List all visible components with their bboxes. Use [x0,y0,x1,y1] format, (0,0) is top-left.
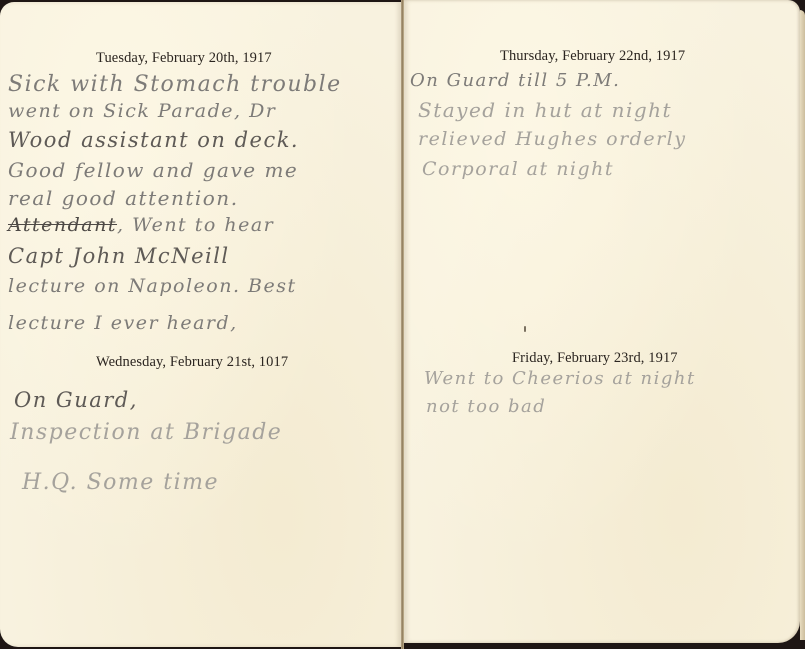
struck-out-word: Attendant [8,214,117,236]
handwritten-line: real good attention. [8,186,239,210]
handwritten-line: Stayed in hut at night [418,98,672,122]
handwritten-line: Good fellow and gave me [8,158,298,182]
handwritten-line: Attendant, Went to hear [8,214,274,236]
handwritten-line: On Guard till 5 P.M. [410,70,620,91]
right-page: Thursday, February 22nd, 1917 On Guard t… [404,0,800,643]
date-heading-thursday: Thursday, February 22nd, 1917 [500,48,685,65]
diary-spread: Tuesday, February 20th, 1917 Sick with S… [0,0,805,649]
handwritten-line: H.Q. Some time [22,470,219,495]
handwritten-fragment: , Went to hear [117,214,274,236]
handwritten-line: Capt John McNeill [8,244,230,268]
date-heading-friday: Friday, February 23rd, 1917 [512,350,678,367]
handwritten-line: went on Sick Parade, Dr [8,100,276,122]
handwritten-line: Sick with Stomach trouble [8,72,342,97]
handwritten-line: lecture on Napoleon. Best [8,275,297,297]
pencil-mark [524,326,526,332]
handwritten-line: Corporal at night [422,158,614,180]
handwritten-line: lecture I ever heard, [8,312,238,334]
handwritten-line: not too bad [426,396,546,417]
page-edge [800,10,805,640]
handwritten-line: Inspection at Brigade [10,420,282,445]
handwritten-line: On Guard, [14,388,138,412]
left-page: Tuesday, February 20th, 1917 Sick with S… [0,2,401,647]
handwritten-line: relieved Hughes orderly [418,128,686,150]
date-heading-wednesday: Wednesday, February 21st, 1017 [96,354,288,371]
date-heading-tuesday: Tuesday, February 20th, 1917 [96,50,272,67]
handwritten-line: Went to Cheerios at night [424,368,696,389]
handwritten-line: Wood assistant on deck. [8,128,299,152]
